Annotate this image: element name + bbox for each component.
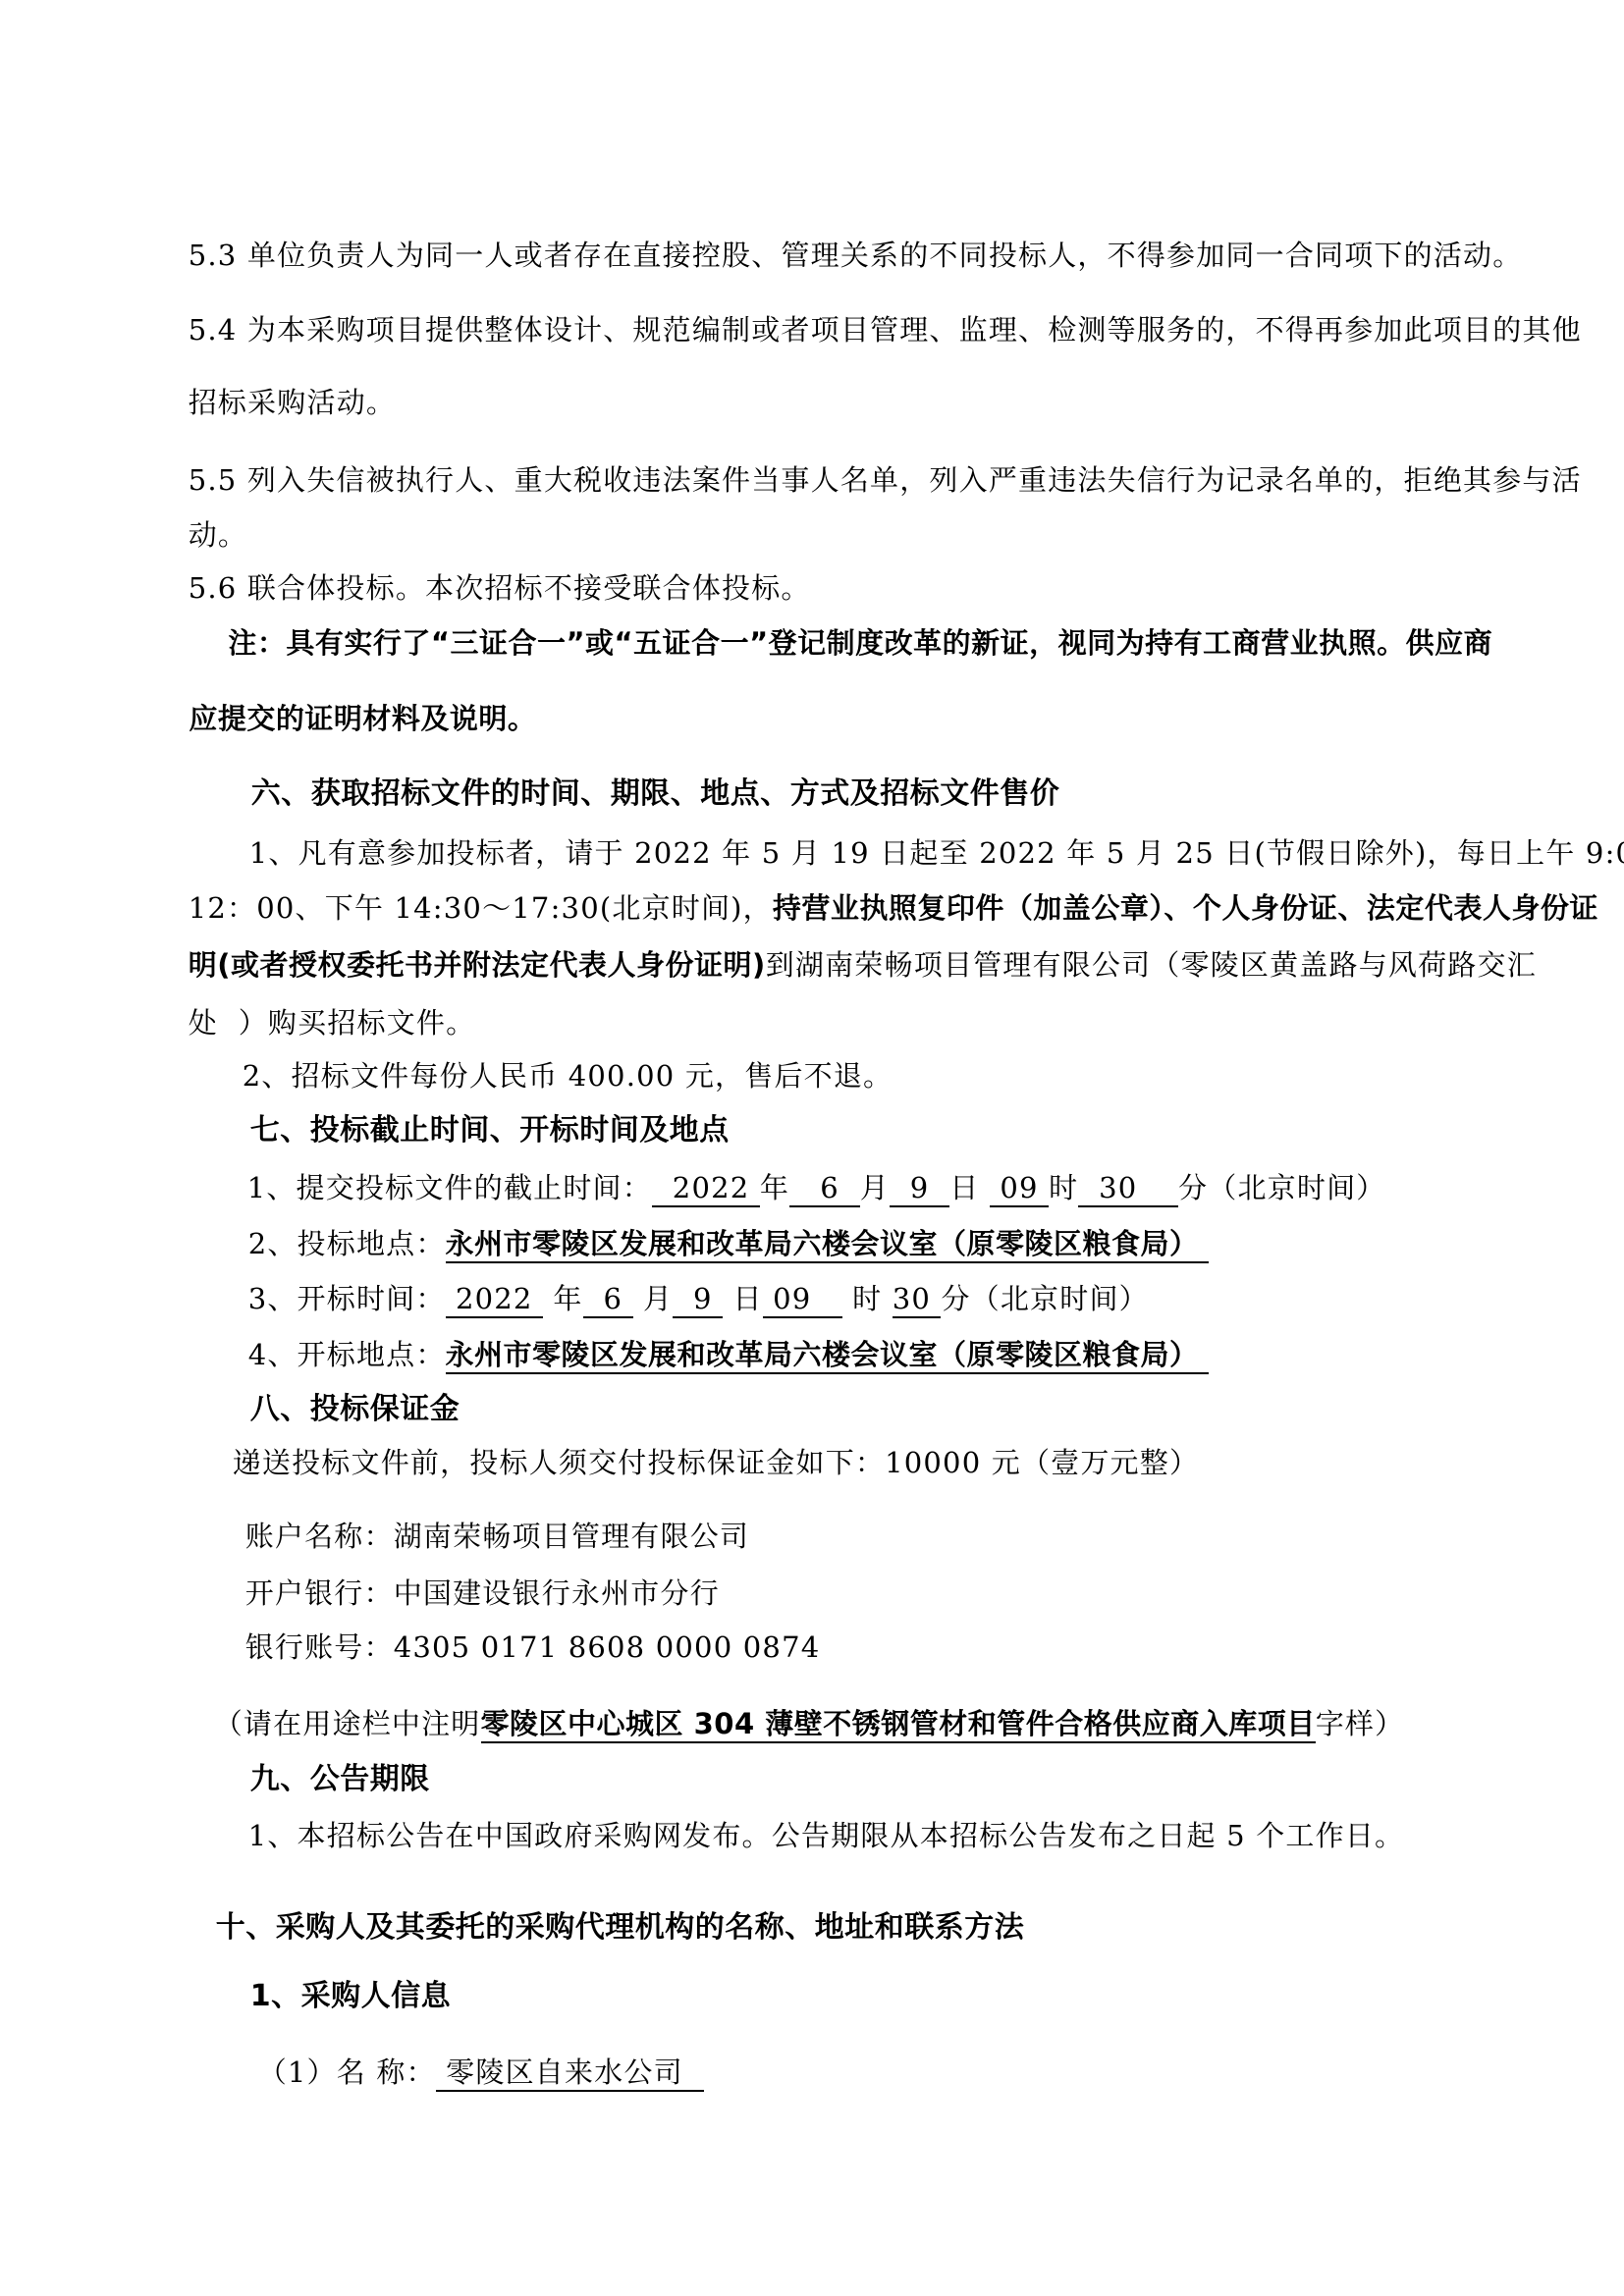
text-run: 招标采购活动。 (189, 386, 396, 419)
text-run: 5.4 为本采购项目提供整体设计、规范编制或者项目管理、监理、检测等服务的，不得… (189, 313, 1582, 347)
text-run: 分（北京时间） (1178, 1171, 1385, 1204)
text-run: 应提交的证明材料及说明。 (189, 702, 536, 735)
opening-location-value: 永州市零陵区发展和改革局六楼会议室（原零陵区粮食局） (446, 1338, 1210, 1374)
text-run: 1、采购人信息 (250, 1979, 451, 2013)
clause-5-5: 5.5 列入失信被执行人、重大税收违法案件当事人名单，列入严重违法失信行为记录名… (147, 418, 1582, 542)
text-run: 字样） (1316, 1707, 1405, 1740)
text-run: 到湖南荣畅项目管理有限公司（零陵区黄盖路与风荷路交汇 (766, 948, 1537, 982)
text-run: （1）名 称： (258, 2056, 436, 2089)
purchaser-name-value: 零陵区自来水公司 (436, 2056, 704, 2092)
text-run: 注：具有实行了“三证合一”或“五证合一”登记制度改革的新证，视同为持有工商营业执… (228, 626, 1492, 660)
text-run: 1、本招标公告在中国政府采购网发布。公告期限从本招标公告发布之日起 5 个工作日… (248, 1819, 1405, 1852)
purchaser-name: （1）名 称： 零陵区自来水公司 (217, 2010, 704, 2134)
text-run: 5.5 列入失信被执行人、重大税收违法案件当事人名单，列入严重违法失信行为记录名… (189, 463, 1582, 497)
text-run: 银行账号：4305 0171 8608 0000 0874 (245, 1630, 821, 1664)
document-page: 5.3 单位负责人为同一人或者存在直接控股、管理关系的不同投标人，不得参加同一合… (0, 0, 1624, 2296)
project-name-value: 零陵区中心城区 304 薄壁不锈钢管材和管件合格供应商入库项目 (481, 1707, 1316, 1743)
text-run: 5.3 单位负责人为同一人或者存在直接控股、管理关系的不同投标人，不得参加同一合… (189, 239, 1523, 272)
